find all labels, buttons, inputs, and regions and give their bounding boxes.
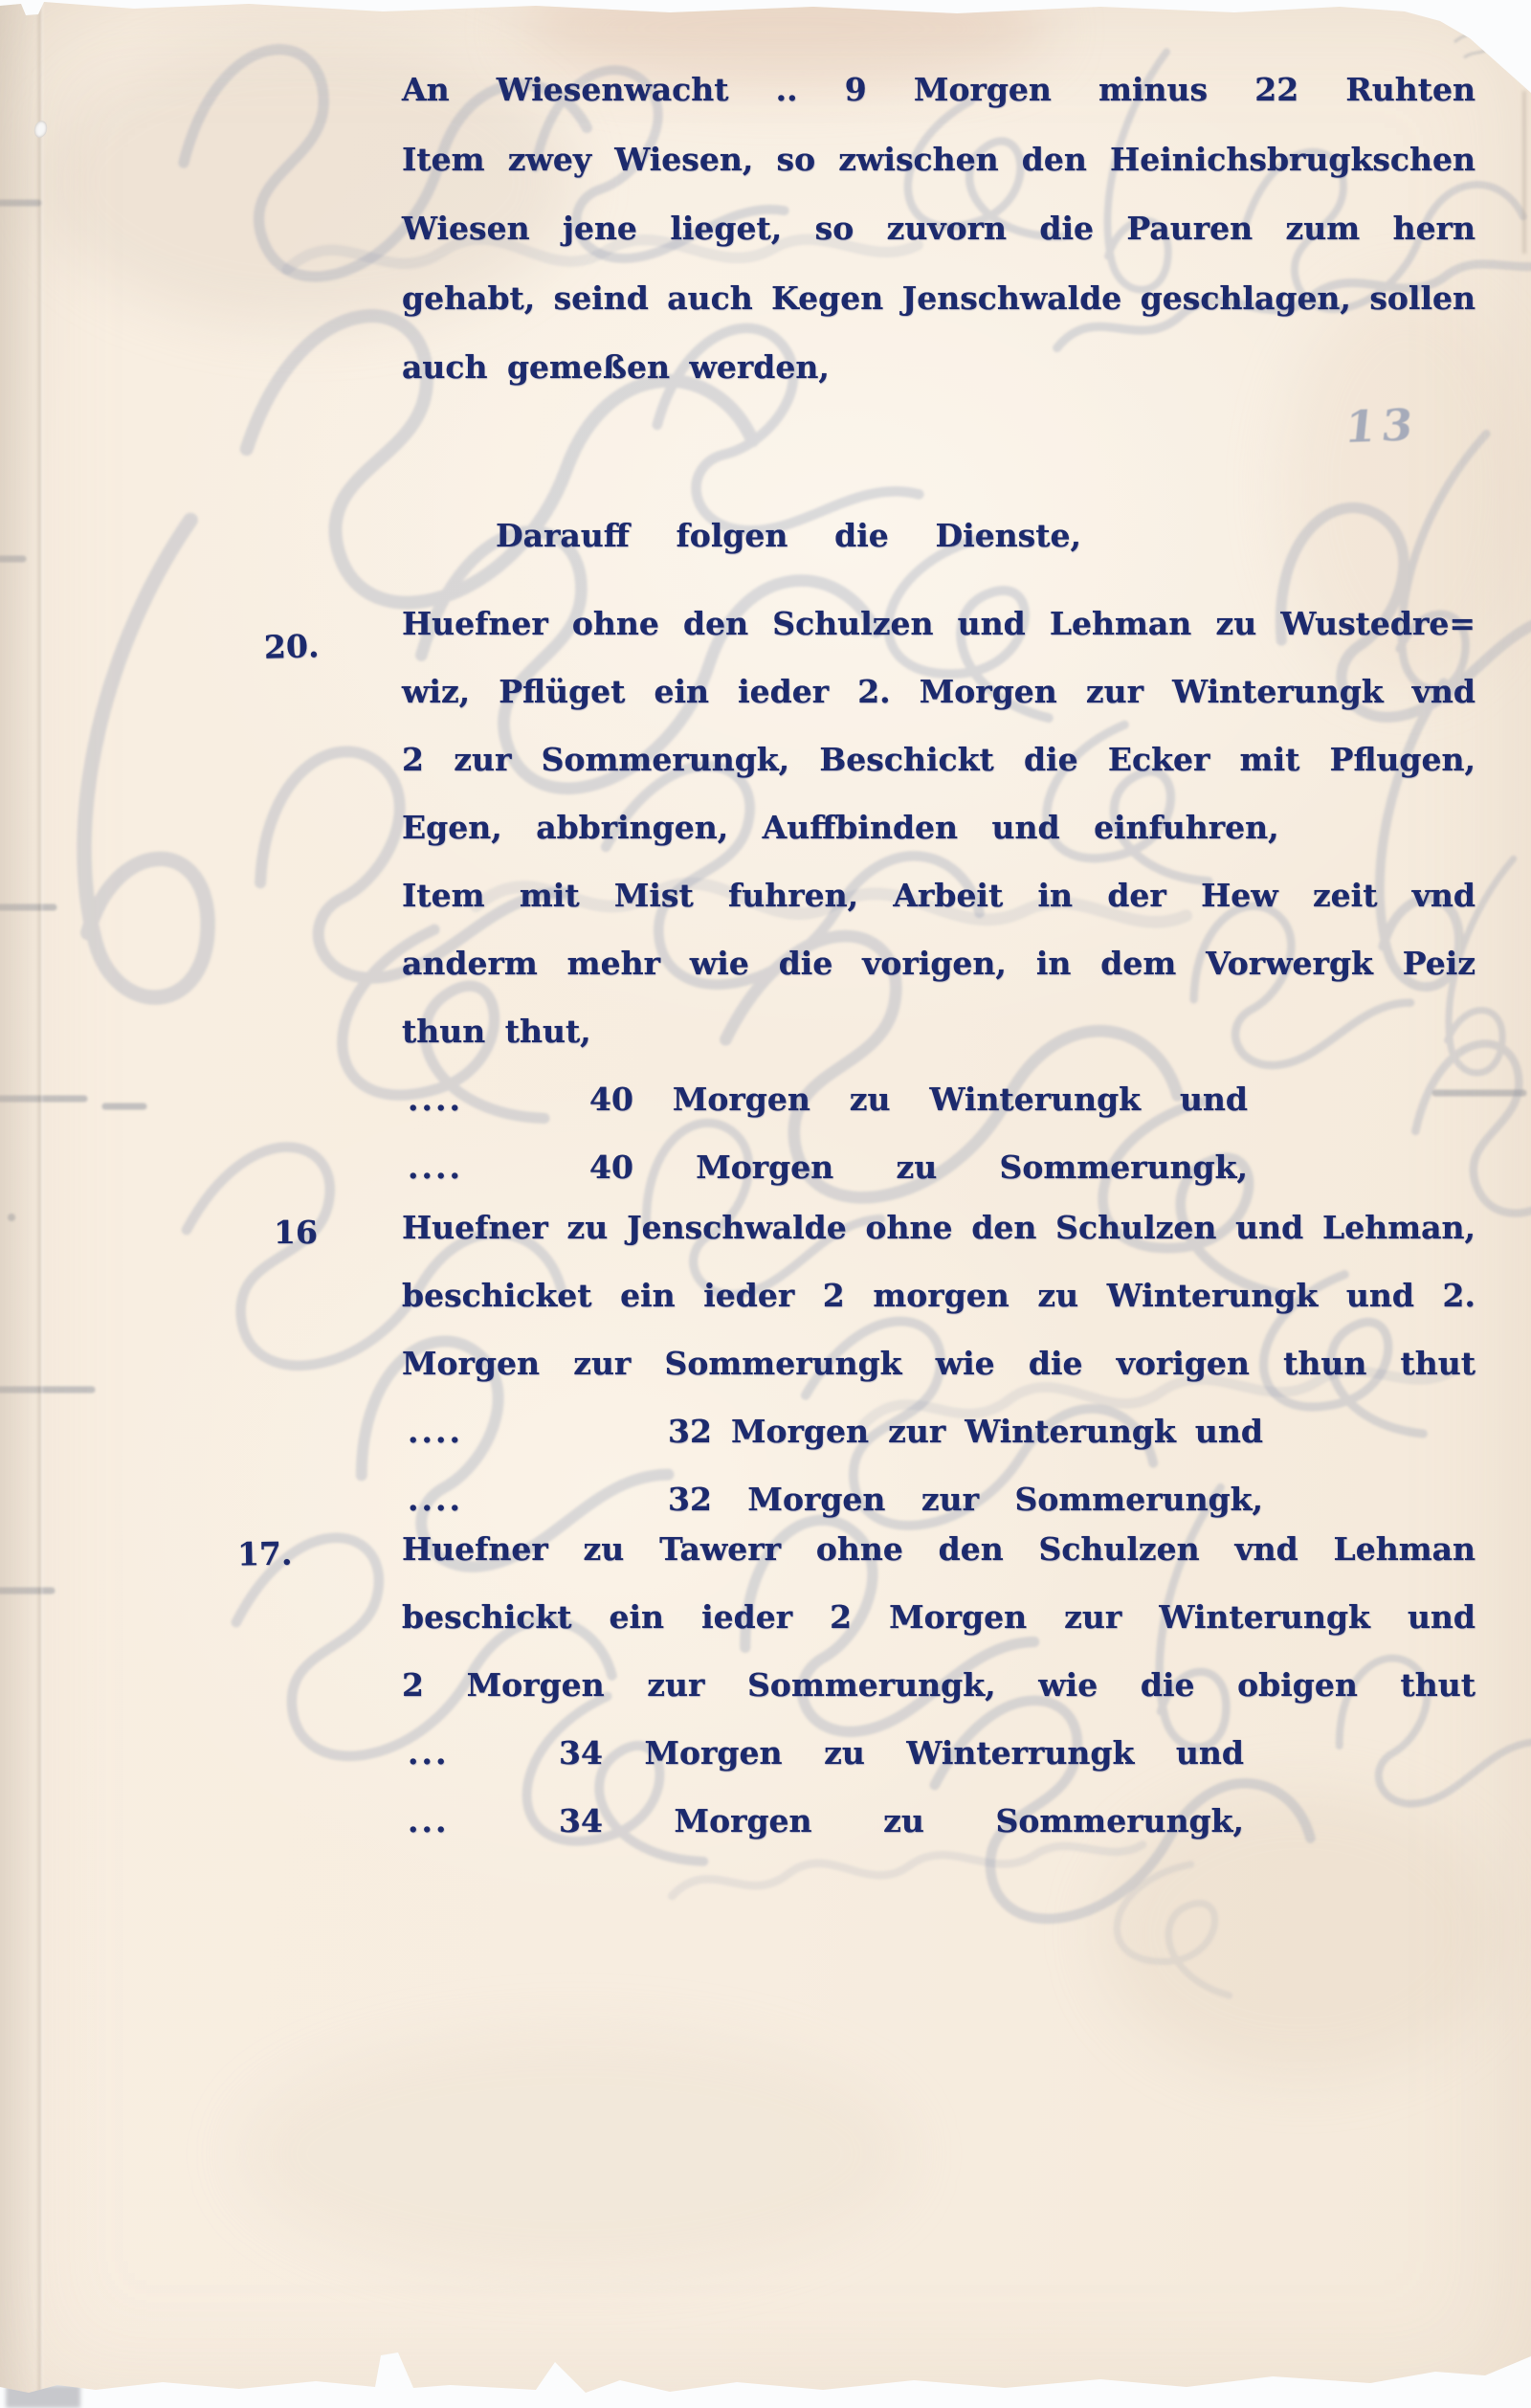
intro-paragraph: An Wiesenwacht .. 9 Morgen minus 22 Ruht… bbox=[402, 56, 1476, 403]
text-line: Morgen zur Sommerungk wie die vorigen th… bbox=[402, 1329, 1476, 1397]
page-number-stamp: 13 bbox=[1342, 399, 1421, 454]
text-line: An Wiesenwacht .. 9 Morgen minus 22 Ruht… bbox=[402, 56, 1476, 125]
measure-text: 34 Morgen zu Winterrungk und bbox=[559, 1719, 1244, 1787]
fold-crease bbox=[36, 0, 44, 2408]
text-line: 2 zur Sommerungk, Beschickt die Ecker mi… bbox=[402, 725, 1476, 793]
section-paragraph: Huefner zu Jenschwalde ohne den Schulzen… bbox=[402, 1193, 1476, 1533]
text-line: auch gemeßen werden, bbox=[402, 333, 1476, 403]
text-line: gehabt, seind auch Kegen Jenschwalde ges… bbox=[402, 264, 1476, 334]
section-marker: 17. bbox=[236, 1520, 293, 1589]
right-edge-shadow bbox=[1522, 91, 1526, 254]
manuscript-page: An Wiesenwacht .. 9 Morgen minus 22 Ruht… bbox=[0, 0, 1531, 2408]
section-marker: 20. bbox=[263, 612, 320, 680]
text-line: Item zwey Wiesen, so zwischen den Heinic… bbox=[402, 125, 1476, 195]
leader-dots: ... bbox=[408, 1719, 449, 1787]
section-paragraph: Huefner zu Tawerr ohne den Schulzen vnd … bbox=[402, 1515, 1476, 1855]
text-line: ....32 Morgen zur Winterungk und bbox=[402, 1397, 1476, 1465]
leader-dots: .... bbox=[408, 1397, 463, 1465]
leader-dots: .... bbox=[408, 1133, 463, 1201]
text-line: ....40 Morgen zu Winterungk und bbox=[402, 1065, 1476, 1133]
section-paragraph: Huefner ohne den Schulzen und Lehman zu … bbox=[402, 590, 1476, 1201]
measure-text: 32 Morgen zur Winterungk und bbox=[668, 1397, 1263, 1465]
section-marker: 16 bbox=[274, 1198, 318, 1266]
text-line: thun thut, bbox=[402, 997, 1476, 1065]
heading-line: Darauff folgen die Dienste, bbox=[496, 502, 1081, 570]
text-line: 2 Morgen zur Sommerungk, wie die obigen … bbox=[402, 1651, 1476, 1719]
text-line: Item mit Mist fuhren, Arbeit in der Hew … bbox=[402, 861, 1476, 929]
text-line: Wiesen jene lieget, so zuvorn die Pauren… bbox=[402, 194, 1476, 264]
leader-dots: .... bbox=[408, 1065, 463, 1133]
text-line: ....40 Morgen zu Sommerungk, bbox=[402, 1133, 1476, 1201]
text-line: Huefner ohne den Schulzen und Lehman zu … bbox=[402, 590, 1476, 658]
text-line: ...34 Morgen zu Winterrungk und bbox=[402, 1719, 1476, 1787]
binding-fold bbox=[0, 0, 38, 2408]
paper-stain bbox=[239, 2029, 909, 2278]
text-line: Huefner zu Jenschwalde ohne den Schulzen… bbox=[402, 1193, 1476, 1261]
text-line: ...34 Morgen zu Sommerungk, bbox=[402, 1787, 1476, 1855]
measure-text: 40 Morgen zu Winterungk und bbox=[589, 1065, 1248, 1133]
measure-text: 40 Morgen zu Sommerungk, bbox=[589, 1133, 1248, 1201]
corner-pencil-mark bbox=[1454, 25, 1493, 57]
text-line: beschicket ein ieder 2 morgen zu Winteru… bbox=[402, 1261, 1476, 1329]
text-line: wiz, Pflüget ein ieder 2. Morgen zur Win… bbox=[402, 658, 1476, 725]
text-line: Huefner zu Tawerr ohne den Schulzen vnd … bbox=[402, 1515, 1476, 1583]
leader-dots: ... bbox=[408, 1787, 449, 1855]
measure-text: 34 Morgen zu Sommerungk, bbox=[559, 1787, 1244, 1855]
text-line: Egen, abbringen, Auffbinden und einfuhre… bbox=[402, 793, 1476, 861]
text-line: anderm mehr wie die vorigen, in dem Vorw… bbox=[402, 929, 1476, 997]
text-line: beschickt ein ieder 2 Morgen zur Winteru… bbox=[402, 1583, 1476, 1651]
